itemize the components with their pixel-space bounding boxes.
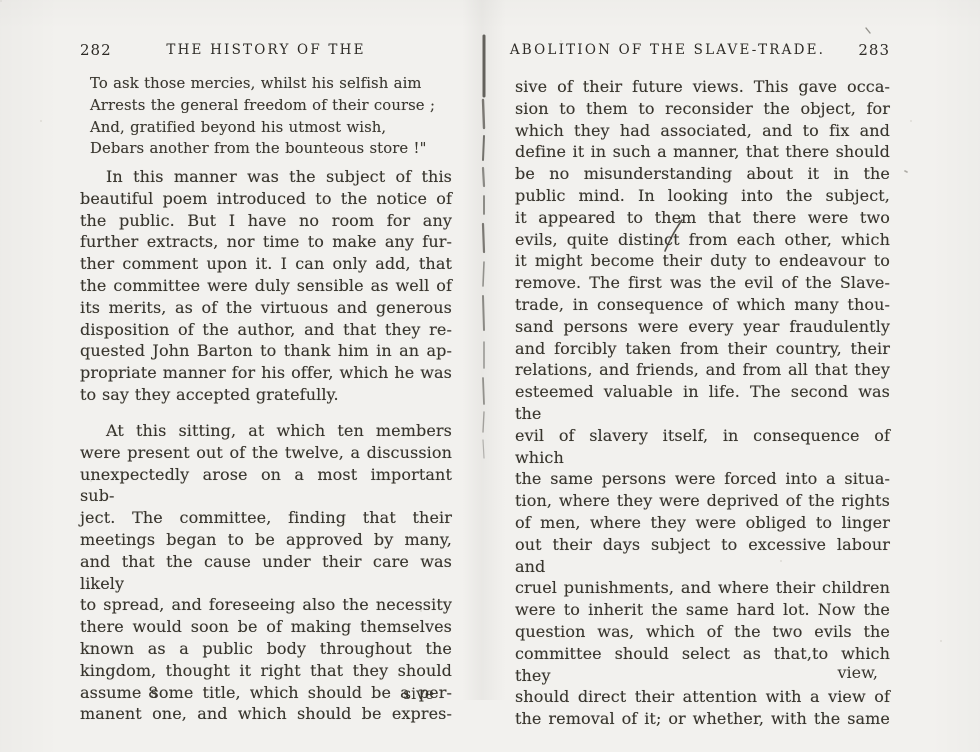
text-line: ther comment upon it. I can only add, th… (80, 253, 452, 275)
text-line: the same persons were forced into a situ… (515, 468, 890, 490)
text-line: Arrests the general freedom of their cou… (90, 95, 452, 117)
text-line: the public. But I have no room for any (80, 210, 452, 232)
left-running-header: THE HISTORY OF THE (80, 42, 452, 58)
signature-mark: 8 (148, 683, 158, 702)
text-line: committee should select as that,to which… (515, 643, 890, 687)
text-line: kingdom, thought it right that they shou… (80, 660, 452, 682)
text-line: ject. The committee, finding that their (80, 507, 452, 529)
text-line: To ask those mercies, whilst his selfish… (90, 73, 452, 95)
binding-crease-marks (483, 36, 484, 458)
text-line: out their days subject to excessive labo… (515, 534, 890, 578)
text-line: sand persons were every year fraudulentl… (515, 316, 890, 338)
right-catchword: view, (837, 663, 878, 682)
text-line: be no misunderstanding about it in the (515, 163, 890, 185)
right-paragraph-1: sive of their future views. This gave oc… (515, 76, 890, 730)
text-line: tion, where they were deprived of the ri… (515, 490, 890, 512)
text-line: Debars another from the bounteous store … (90, 138, 452, 160)
left-paragraph-1: In this manner was the subject of thisbe… (80, 166, 452, 406)
text-line: define it in such a manner, that there s… (515, 141, 890, 163)
text-line: to spread, and foreseeing also the neces… (80, 594, 452, 616)
text-line: esteemed valuable in life. The second wa… (515, 381, 890, 425)
scan-noise-speckles (0, 0, 2, 2)
text-line: In this manner was the subject of this (80, 166, 452, 188)
text-line: it might become their duty to endeavour … (515, 250, 890, 272)
text-line: which they had associated, and to fix an… (515, 120, 890, 142)
text-line: beautiful poem introduced to the notice … (80, 188, 452, 210)
right-page-number: 283 (858, 41, 890, 59)
text-line: and that the cause under their care was … (80, 551, 452, 595)
stray-ink-tick (866, 28, 870, 33)
left-catchword: sive (403, 685, 434, 703)
scanned-book-spread: { "book": { "left_page": { "page_number"… (0, 0, 980, 752)
text-line: there would soon be of making themselves (80, 616, 452, 638)
text-line: evil of slavery itself, in consequence o… (515, 425, 890, 469)
text-line: it appeared to them that there were two (515, 207, 890, 229)
text-line: quested John Barton to thank him in an a… (80, 340, 452, 362)
text-line: cruel punishments, and where their child… (515, 577, 890, 599)
text-line: At this sitting, at which ten members (80, 420, 452, 442)
page-gutter-shade (462, 0, 506, 700)
text-line: the removal of it; or whether, with the … (515, 708, 890, 730)
text-line: of men, where they were obliged to linge… (515, 512, 890, 534)
text-line: unexpectedly arose on a most important s… (80, 464, 452, 508)
text-line: remove. The first was the evil of the Sl… (515, 272, 890, 294)
text-line: public mind. In looking into the subject… (515, 185, 890, 207)
text-line: were present out of the twelve, a discus… (80, 442, 452, 464)
text-line: evils, quite distinct from each other, w… (515, 229, 890, 251)
text-line: its merits, as of the virtuous and gener… (80, 297, 452, 319)
text-line: sive of their future views. This gave oc… (515, 76, 890, 98)
text-line: And, gratified beyond his utmost wish, (90, 117, 452, 139)
text-line: question was, which of the two evils the (515, 621, 890, 643)
text-line: assume some title, which should be a per… (80, 682, 452, 704)
text-line: sion to them to reconsider the object, f… (515, 98, 890, 120)
text-line: propriate manner for his offer, which he… (80, 362, 452, 384)
text-line: relations, and friends, and from all tha… (515, 359, 890, 381)
text-line: trade, in consequence of which many thou… (515, 294, 890, 316)
text-line: and forcibly taken from their country, t… (515, 338, 890, 360)
stray-ink-dot (905, 171, 907, 172)
left-paragraph-2: At this sitting, at which ten memberswer… (80, 420, 452, 725)
text-line: should direct their attention with a vie… (515, 686, 890, 708)
text-line: further extracts, nor time to make any f… (80, 231, 452, 253)
text-line: to say they accepted gratefully. (80, 384, 452, 406)
text-line: were to inherit the same hard lot. Now t… (515, 599, 890, 621)
right-running-header: ABOLITION OF THE SLAVE-TRADE. (495, 42, 840, 58)
text-line: meetings began to be approved by many, (80, 529, 452, 551)
poem-quotation: To ask those mercies, whilst his selfish… (90, 73, 452, 160)
text-line: disposition of the author, and that they… (80, 319, 452, 341)
text-line: manent one, and which should be expres- (80, 703, 452, 725)
text-line: known as a public body throughout the (80, 638, 452, 660)
text-line: the committee were duly sensible as well… (80, 275, 452, 297)
